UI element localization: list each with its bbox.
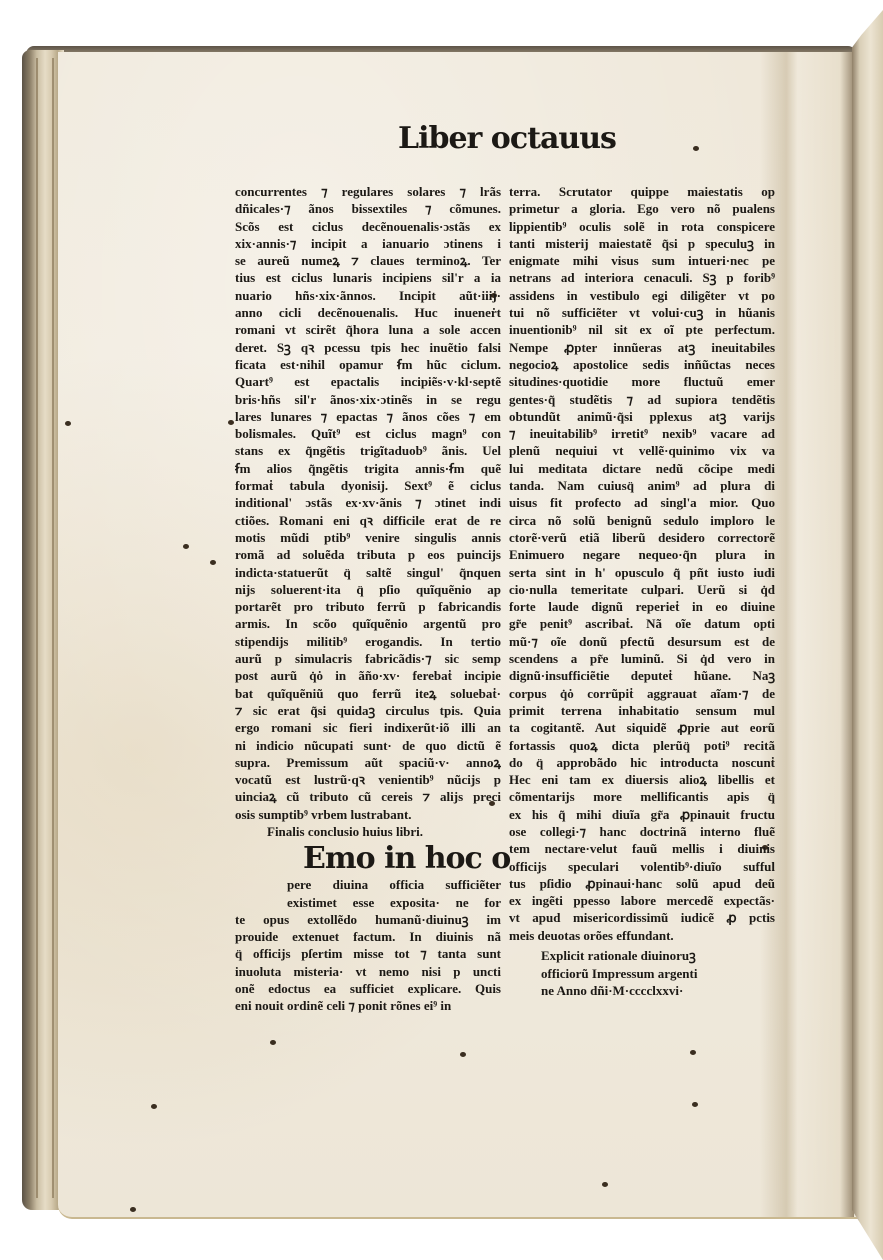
text-line: concurrentes ⁊ regulares solares ⁊ lrãs [235,183,501,200]
text-line: primetur a gloria. Ego vero nõ pualens [509,200,775,217]
text-line: do q̈ approbãdo hic introducta noscunṫ [509,754,775,771]
text-line: corpus q̇ȯ corrũpiṫ aggrauat aĩam·⁊ de [509,685,775,702]
text-line: Scõs est ciclus decẽnouenalis·ɔstãs ex [235,218,501,235]
text-line: inditional' ɔstãs ex·xv·ãnis ⁊ ɔtinet in… [235,494,501,511]
wormhole-mark [690,1050,696,1055]
wormhole-mark [228,420,234,425]
text-line: ẜm alios q̃ngẽtis trigita annis·ẜm quẽ [235,460,501,477]
text-line: Hec eni tam ex diuersis alioꝝ libellis e… [509,771,775,788]
text-line: vt apud misericordissimũ iudicẽ ꝓ pctis [509,909,775,926]
wormhole-mark [151,1104,157,1109]
section-heading: Finalis conclusio huius libri. [235,823,501,840]
text-line: negocioꝝ apostolice sedis inñũctas neces [509,356,775,373]
text-line: fortassis quoꝝ dicta plerũq̈ poti⁹ recit… [509,737,775,754]
text-line: ⁊ ineuitabilib⁹ irretit⁹ nexib⁹ vacare a… [509,425,775,442]
wormhole-mark [65,421,71,426]
text-line: lippientib⁹ oculis solẽ in rota conspice… [509,218,775,235]
wormhole-mark [460,1052,466,1057]
text-line: situdines·quotidie more fluctuũ emer [509,373,775,390]
colophon-line: officiorũ Impressum argenti [541,965,741,983]
wormhole-mark [270,1040,276,1045]
text-line: bat quĩquẽniũ quo ferrũ iteꝝ soluebaṫ· [235,685,501,702]
running-head: Liber octauus [398,121,616,156]
text-line: tanti misterij maiestatẽ q̃si p speculuꝫ… [509,235,775,252]
text-line: se aureũ numeꝝ ⁊ claues terminoꝝ. Ter [235,252,501,269]
text-line: tus pſidio ꝓpinaui·hanc solũ apud deũ [509,875,775,892]
text-line: aurũ p simulacris fabricãdis·⁊ sic semp [235,650,501,667]
text-line: assidens in vestibulo egi diligẽter vt p… [509,287,775,304]
text-line: inuoluta misteria· vt nemo nisi p uncti [235,963,501,980]
text-line: romani vt scirẽt q̃hora luna a sole acce… [235,321,501,338]
text-line: romã ad soluẽda tributa p eos puincijs [235,546,501,563]
text-line: scendens a pr̃e luminũ. Si q̇d vero in [509,650,775,667]
text-line: plenũ nequiui vt vellẽ·quinimo vix va [509,442,775,459]
text-line: uinciaꝝ cũ tributo cũ cereis ⁊ alijs pre… [235,788,501,805]
text-line: lui meditata dictare nedũ cõcipe medi [509,460,775,477]
text-line: mũ·⁊ oĩe donũ pfectũ desursum est de [509,633,775,650]
text-line: ctiões. Romani eni qꝛ difficile erat de … [235,512,501,529]
text-line: ergo romani sic fieri indixerũt·iõ illi … [235,719,501,736]
wormhole-mark [692,1102,698,1107]
right-binding-edge [852,10,883,1260]
text-line: ex ingẽti ppesso labore mercedẽ expectãs… [509,892,775,909]
text-line: formaṫ tabula dyonisij. Sext⁹ ẽ ciclus [235,477,501,494]
text-line: uisus fit profecto ad singl'a mior. Quo [509,494,775,511]
text-line: bris·hñs sil'r ãnos·xix·ɔtinẽs in se reg… [235,391,501,408]
text-line: officijs speculari volentib⁹·diuĩo suffu… [509,858,775,875]
text-line: portarẽt pro tributo ferrũ p fabricandis [235,598,501,615]
text-line: indicta·statuerũt q̈ saltẽ singul' q̃nqu… [235,564,501,581]
text-line: ⁊ sic erat q̃si quidaꝫ circulus tpis. Qu… [235,702,501,719]
text-line: te opus extollẽdo humanũ·diuinuꝫ im [235,911,501,928]
text-line: q̈ officijs pſertim misse tot ⁊ tanta su… [235,945,501,962]
text-line: existimet esse exposita· ne for [235,894,501,911]
text-line: ta cogitantẽ. Aut siquidẽ ꝓprie aut eorũ [509,719,775,736]
text-line: tanda. Nam cuiusq̈ anim⁹ ad plura di [509,477,775,494]
text-line: onẽ edoctus ea sufficiet explicare. Quis [235,980,501,997]
left-text-column: concurrentes ⁊ regulares solares ⁊ lrãsd… [235,183,501,1015]
text-line: cõmentarijs more mellificantis apis q̈ [509,788,775,805]
text-line: serta sint in h' opusculo q̃ pñt iusto i… [509,564,775,581]
text-line: inuentionib⁹ nil sit ex oĩ pte perfectum… [509,321,775,338]
text-line: ctorẽ·verũ etiã liberũ desidero correcto… [509,529,775,546]
text-line: gr̃e penit⁹ ascribaṫ. Nã oĩe datum opti [509,615,775,632]
text-line: bolismales. Quĩt⁹ est ciclus magn⁹ con [235,425,501,442]
text-line: xix·annis·⁊ incipit a ianuario ɔtinens i [235,235,501,252]
text-line: osis sumptib⁹ vrbem lustrabant. [235,806,501,823]
text-line: terra. Scrutator quippe maiestatis op [509,183,775,200]
wormhole-mark [183,544,189,549]
wormhole-mark [693,146,699,151]
text-line: cio·nulla temeritate culpari. Uerũ si q̇… [509,581,775,598]
text-line: nuario hñs·xix·ãnnos. Incipit aũt·iiij· [235,287,501,304]
text-line: primit terrena inhabitatio sensum mul [509,702,775,719]
text-line: armis. In scõo quĩquẽnio argentũ pro [235,615,501,632]
text-line: circa nõ solũ benignũ sedulo imploro le [509,512,775,529]
text-line: gentes·q̃ studẽtis ⁊ ad supiora tendẽtis [509,391,775,408]
text-line: prouide extenuet factum. In diuinis nã [235,928,501,945]
text-line: tui nõ sufficiẽter vt volui·cuꝫ in hũani… [509,304,775,321]
text-line: ose collegi·⁊ hanc doctrinã interno fluẽ [509,823,775,840]
text-line: stipendijs militib⁹ erogandis. In tertio [235,633,501,650]
wormhole-mark [602,1182,608,1187]
colophon-line: Explicit rationale diuinoruꝫ [541,947,741,965]
text-line: obtundũt animũ·q̃si pplexus atꝫ varijs [509,408,775,425]
page-edge-line [36,58,38,1198]
text-line: deret. Sꝫ qꝛ pcessu tpis hec inuẽtio fal… [235,339,501,356]
text-line: ex his q̃ mihi diuĩa gr̃a ꝓpinauit fruct… [509,806,775,823]
text-line: dignũ·insufficiẽtie deputeṫ hũane. Naꝫ [509,667,775,684]
text-line: lares lunares ⁊ epactas ⁊ ãnos cões ⁊ em [235,408,501,425]
wormhole-mark [210,560,216,565]
text-line: supra. Premissum aũt spaciũ·v· annoꝝ [235,754,501,771]
wormhole-mark [130,1207,136,1212]
text-line: meis deuotas orões effundant. [509,927,775,944]
right-text-column: terra. Scrutator quippe maiestatis oppri… [509,183,775,944]
text-line: Quart⁹ est epactalis incipiẽs·v·kl·septẽ [235,373,501,390]
text-line: enigmate mihi visus sum intueri·nec pe [509,252,775,269]
text-line: pere diuina officia sufficiẽter [235,876,501,893]
large-initial-line: Emo in hoc o [303,842,501,876]
text-line: stans ex q̃ngẽtis trigĩtaduob⁹ ãnis. Uel [235,442,501,459]
book-spread: Liber octauus concurrentes ⁊ regulares s… [0,0,883,1260]
text-line: motis mũdi ptib⁹ venire singulis annis [235,529,501,546]
text-line: tius est ciclus lunaris incipiens sil'r … [235,269,501,286]
text-line: anno cicli decẽnouenalis. Huc inueneṙt [235,304,501,321]
text-line: eni nouit ordinẽ celi ⁊ ponit rõnes ei⁹ … [235,997,501,1014]
text-line: nijs soluerent·ita q̈ pſio quĩquẽnio ap [235,581,501,598]
text-line: ficata est·nihil opamur ẜm hũc ciclum. [235,356,501,373]
text-line: vocatũ est lustrũ·qꝛ venientib⁹ nũcijs p [235,771,501,788]
colophon-line: ne Anno dñi·M·cccclxxvi· [541,982,741,1000]
text-line: Enimuero negare nequeo·q̃n plura in [509,546,775,563]
text-line: ni indicio nũcupati sunt· de quo dictũ ẽ [235,737,501,754]
text-line: forte laude dignũ reperieṫ in eo diuine [509,598,775,615]
text-line: dñicales·⁊ ãnos bissextiles ⁊ cõmunes. [235,200,501,217]
text-line: Nempe ꝓpter innũeras atꝫ ineuitabiles [509,339,775,356]
text-line: post aurũ q̇ȯ in ãño·xv· ferebaṫ incipie [235,667,501,684]
text-line: netrans ad interiora cenaculi. Sꝫ p fori… [509,269,775,286]
colophon: Explicit rationale diuinoruꝫ officiorũ I… [541,947,741,1000]
page-edge-line [52,58,54,1198]
text-line: tem nectare·velut fauũ mellis i diuinis [509,840,775,857]
